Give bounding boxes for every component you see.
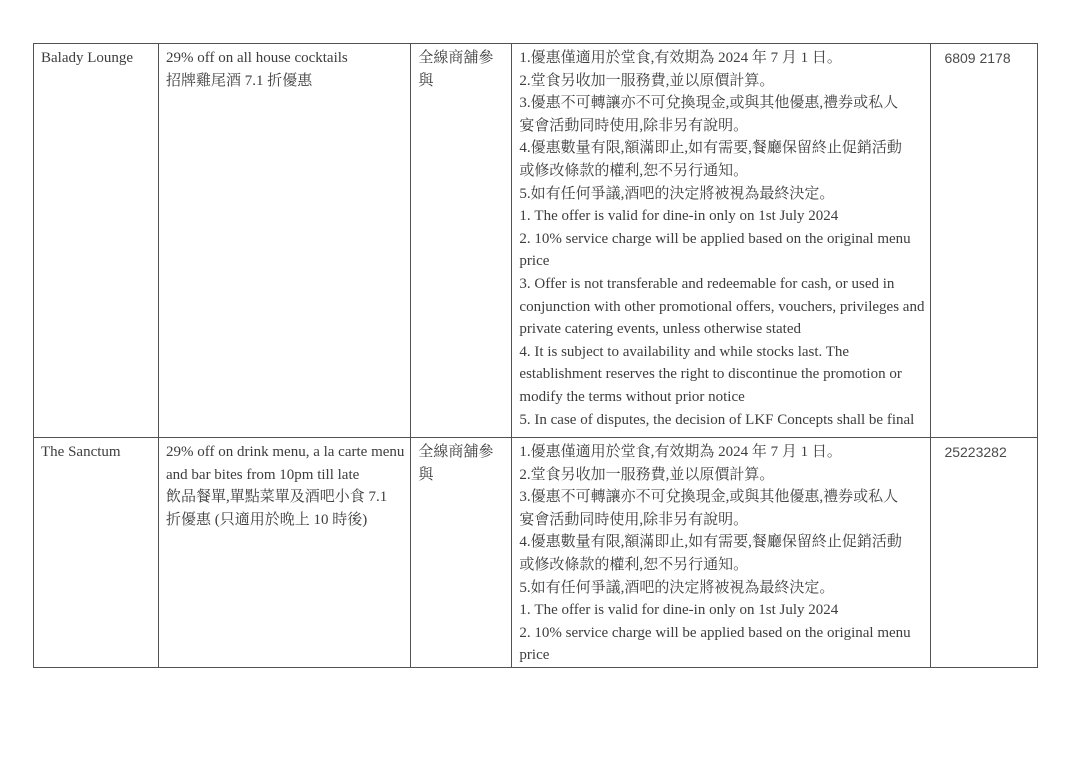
terms-cell: 1.優惠僅適用於堂食,有效期為 2024 年 7 月 1 日。 2.堂食另收加一… [512,438,931,668]
terms-text: 1.優惠僅適用於堂食,有效期為 2024 年 7 月 1 日。 2.堂食另收加一… [519,441,924,667]
terms-cell: 1.優惠僅適用於堂食,有效期為 2024 年 7 月 1 日。 2.堂食另收加一… [512,44,931,438]
participation-cell: 全線商舖參 與 [411,438,512,668]
offer-cell: 29% off on all house cocktails 招牌雞尾酒 7.1… [159,44,411,438]
terms-text: 1.優惠僅適用於堂食,有效期為 2024 年 7 月 1 日。 2.堂食另收加一… [519,47,924,431]
phone-cell: 25223282 [931,438,1038,668]
participation-text: 全線商舖參 與 [418,47,505,92]
document-page: Balady Lounge 29% off on all house cockt… [0,0,1080,764]
table-row: Balady Lounge 29% off on all house cockt… [34,44,1038,438]
participation-text: 全線商舖參 與 [418,441,505,486]
offer-description: 29% off on drink menu, a la carte menu a… [166,441,404,531]
participation-cell: 全線商舖參 與 [411,44,512,438]
offer-cell: 29% off on drink menu, a la carte menu a… [159,438,411,668]
phone-cell: 6809 2178 [931,44,1038,438]
offer-description: 29% off on all house cocktails 招牌雞尾酒 7.1… [166,47,404,92]
venue-name: Balady Lounge [41,47,152,70]
phone-number: 6809 2178 [938,47,1031,69]
venue-name-cell: Balady Lounge [34,44,159,438]
venue-name-cell: The Sanctum [34,438,159,668]
table-row: The Sanctum 29% off on drink menu, a la … [34,438,1038,668]
phone-number: 25223282 [938,441,1031,463]
venue-name: The Sanctum [41,441,152,464]
offers-table: Balady Lounge 29% off on all house cockt… [33,43,1038,668]
